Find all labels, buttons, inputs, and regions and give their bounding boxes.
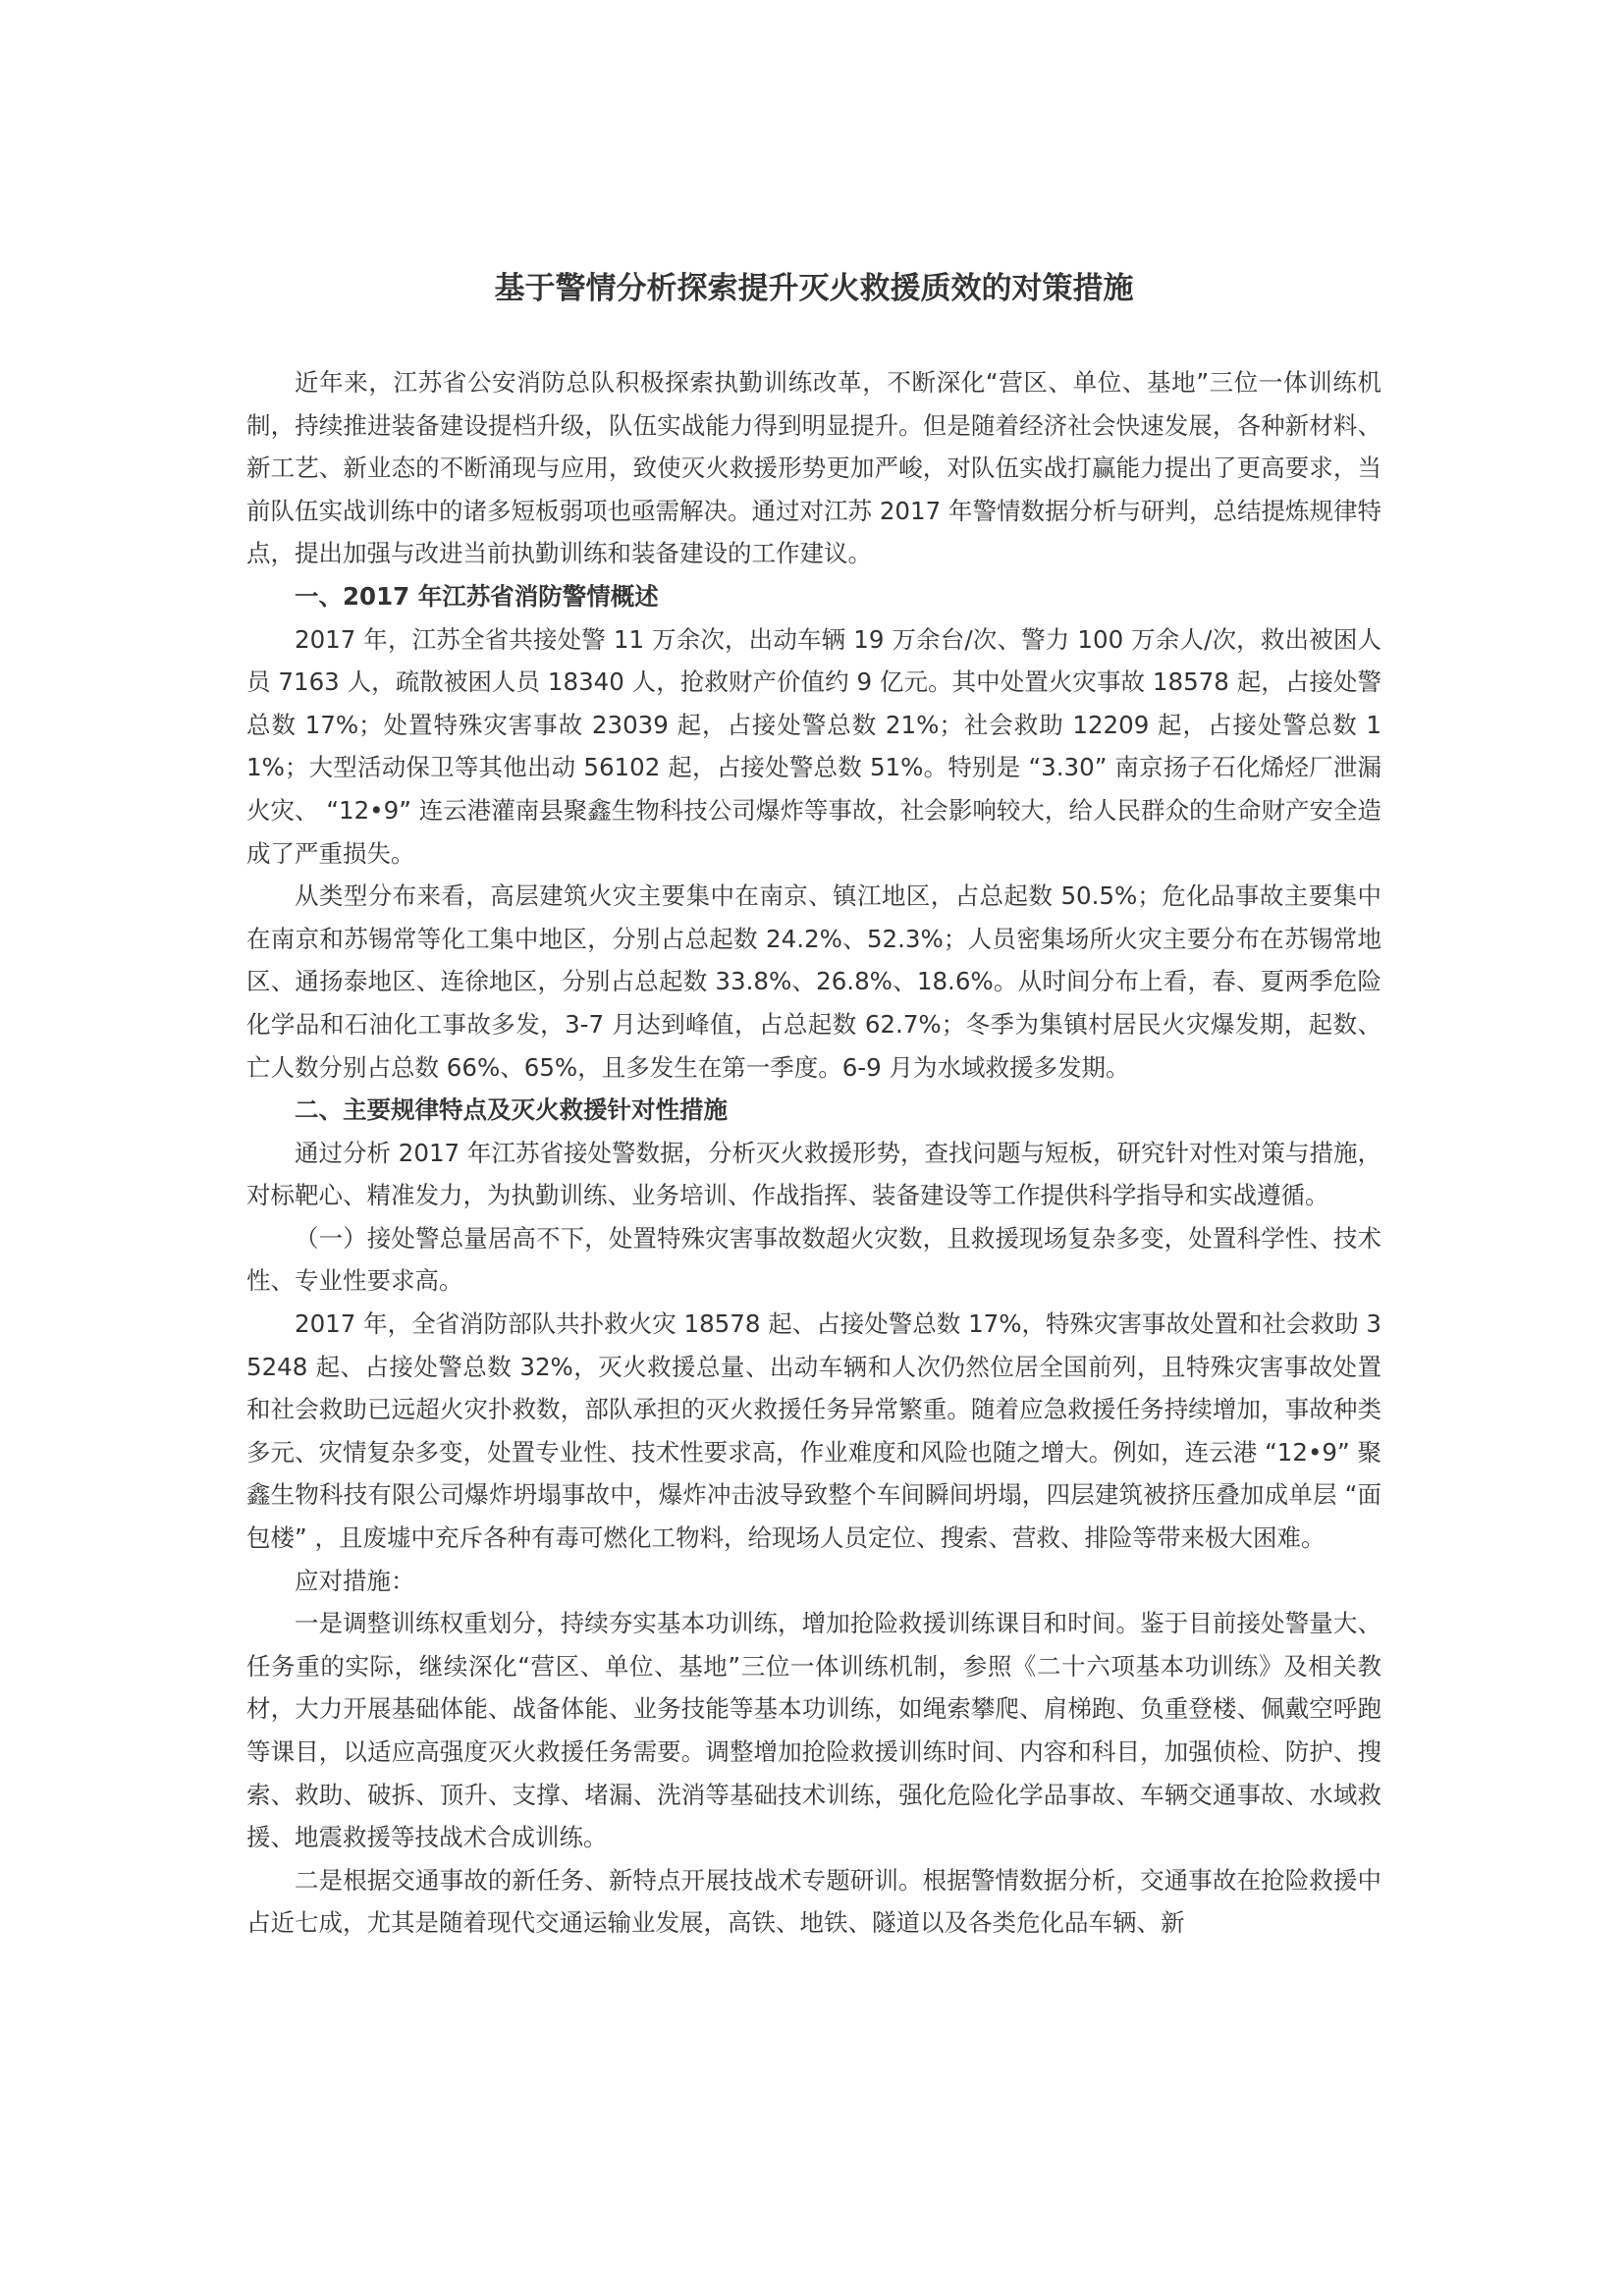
section-1-heading: 一、2017 年江苏省消防警情概述 (246, 575, 1381, 618)
section-2-heading: 二、主要规律特点及灭火救援针对性措施 (246, 1089, 1381, 1132)
intro-paragraph: 近年来，江苏省公安消防总队积极探索执勤训练改革，不断深化“营区、单位、基地”三位… (246, 361, 1381, 575)
section-2: 二、主要规律特点及灭火救援针对性措施 通过分析 2017 年江苏省接处警数据，分… (246, 1089, 1381, 1945)
document-title: 基于警情分析探索提升灭火救援质效的对策措施 (246, 267, 1381, 310)
section-2-paragraph: 通过分析 2017 年江苏省接处警数据，分析灭火救援形势，查找问题与短板，研究针… (246, 1132, 1381, 1217)
section-1-paragraph: 从类型分布来看，高层建筑火灾主要集中在南京、镇江地区，占总起数 50.5%；危化… (246, 875, 1381, 1089)
measure-item: 二是根据交通事故的新任务、新特点开展技战术专题研训。根据警情数据分析，交通事故在… (246, 1859, 1381, 1945)
measure-item: 一是调整训练权重划分，持续夯实基本功训练，增加抢险救援训练课目和时间。鉴于目前接… (246, 1602, 1381, 1859)
document-page: 基于警情分析探索提升灭火救援质效的对策措施 近年来，江苏省公安消防总队积极探索执… (246, 267, 1381, 1945)
section-2-paragraph: 2017 年，全省消防部队共扑救火灾 18578 起、占接处警总数 17%，特殊… (246, 1303, 1381, 1560)
section-1: 一、2017 年江苏省消防警情概述 2017 年，江苏全省共接处警 11 万余次… (246, 575, 1381, 1089)
measures-label: 应对措施： (246, 1560, 1381, 1603)
subsection-heading: （一）接处警总量居高不下，处置特殊灾害事故数超火灾数，且救援现场复杂多变，处置科… (246, 1217, 1381, 1303)
section-1-paragraph: 2017 年，江苏全省共接处警 11 万余次，出动车辆 19 万余台/次、警力 … (246, 618, 1381, 876)
